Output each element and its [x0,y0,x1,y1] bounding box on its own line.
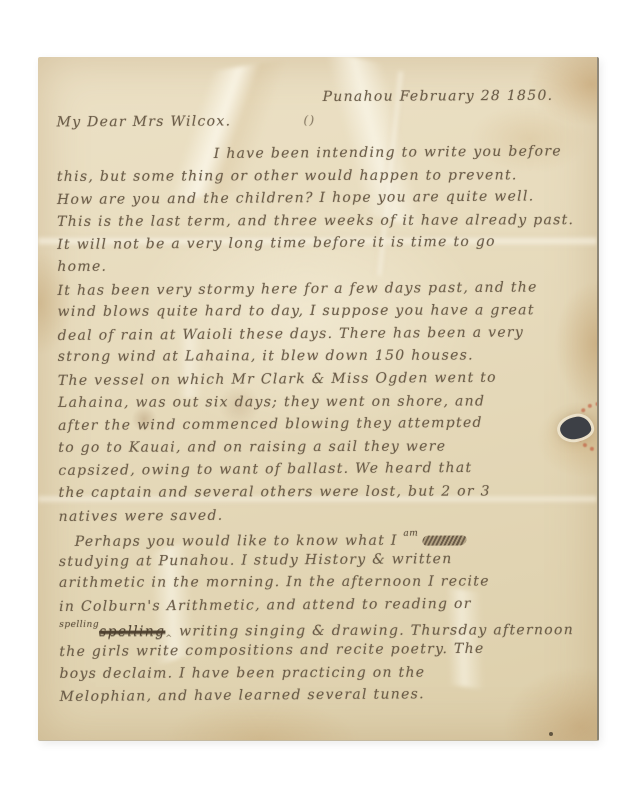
letter-line: Perhaps you would like to know what I am [75,528,590,552]
handwriting-text: It will not be a very long time before i… [57,234,496,253]
letter-content: Punahou February 28 1850. My Dear Mrs Wi… [56,88,590,712]
letter-line: Lahaina, was out six days; they went on … [58,393,589,417]
handwriting-text: the captain and several others were lost… [58,483,490,501]
letter-line: the captain and several others were lost… [58,483,589,507]
handwriting-text: natives were saved. [59,507,224,524]
handwriting-text: wind blows quite hard to day, I suppose … [58,302,535,320]
salutation-text: My Dear Mrs Wilcox. [57,113,232,130]
inserted-correction: am [403,529,418,539]
letter-line: boys declaim. I have been practicing on … [59,664,590,688]
handwriting-text: Perhaps you would like to know what I [75,533,404,550]
handwriting-text: It has been very stormy here for a few d… [57,279,537,299]
letter-line: to go to Kauai, and on raising a sail th… [58,438,589,462]
letter-line: spellingspelling^ writing singing & draw… [59,619,590,643]
handwriting-text: after the wind commenced blowing they at… [58,415,483,434]
letter-line: It has been very stormy here for a few d… [57,279,588,305]
handwriting-text: the girls write compositions and recite … [59,641,484,660]
letter-line: studying at Punahou. I study History & w… [59,550,590,576]
ink-dot [549,732,553,736]
letter-line: strong wind at Lahaina, it blew down 150… [58,347,589,371]
handwriting-text: Melophian, and have learned several tune… [59,687,424,706]
letter-line: Melophian, and have learned several tune… [59,685,590,711]
letter-line: I have been intending to write you befor… [214,143,588,168]
handwriting-text: in Colburn's Arithmetic, and attend to r… [59,596,472,615]
handwriting-text: How are you and the children? I hope you… [57,189,535,209]
ink-blot [420,536,467,546]
handwriting-text: Lahaina, was out six days; they went on … [58,393,485,410]
letter-body: I have been intending to write you befor… [57,144,591,712]
letter-line: deal of rain at Waioli these days. There… [58,324,589,350]
handwriting-text: writing singing & drawing. Thursday afte… [173,623,574,640]
handwriting-text: boys declaim. I have been practicing on … [59,664,425,681]
letter-line: How are you and the children? I hope you… [57,188,588,214]
letter-line: home. [57,257,588,281]
letter-line: after the wind commenced blowing they at… [58,414,589,440]
handwriting-text: strong wind at Lahaina, it blew down 150… [58,348,474,365]
letter-paper-sheet: Punahou February 28 1850. My Dear Mrs Wi… [38,57,599,741]
letter-line: natives were saved. [59,505,590,531]
handwriting-text: arithmetic in the morning. In the aftern… [59,574,490,592]
letter-line: The vessel on which Mr Clark & Miss Ogde… [58,369,589,395]
inserted-correction: spelling [59,620,99,630]
stray-pen-mark: () [304,113,316,127]
handwriting-text: studying at Punahou. I study History & w… [59,551,453,570]
letter-line: wind blows quite hard to day, I suppose … [58,302,589,326]
letter-line: arithmetic in the morning. In the aftern… [59,573,590,597]
handwriting-text: This is the last term, and three weeks o… [57,212,574,230]
handwriting-text: this, but some thing or other would happ… [57,167,518,185]
letter-line: this, but some thing or other would happ… [57,167,588,191]
handwriting-text: deal of rain at Waioli these days. There… [58,324,525,343]
handwriting-text: The vessel on which Mr Clark & Miss Ogde… [58,370,497,389]
letter-line: the girls write compositions and recite … [59,640,590,666]
letter-line: capsized, owing to want of ballast. We h… [58,459,589,485]
handwriting-text: home. [57,259,107,275]
letter-line: This is the last term, and three weeks o… [57,212,588,236]
letter-dateline: Punahou February 28 1850. [56,88,587,115]
handwriting-text: capsized, owing to want of ballast. We h… [58,460,472,479]
caret-mark: ^ [165,634,173,643]
handwriting-text: I have been intending to write you befor… [214,143,562,162]
letter-salutation: My Dear Mrs Wilcox. () [57,112,588,139]
struck-word: spelling [99,624,165,640]
letter-line: It will not be a very long time before i… [57,233,588,259]
handwriting-text: to go to Kauai, and on raising a sail th… [58,438,446,455]
